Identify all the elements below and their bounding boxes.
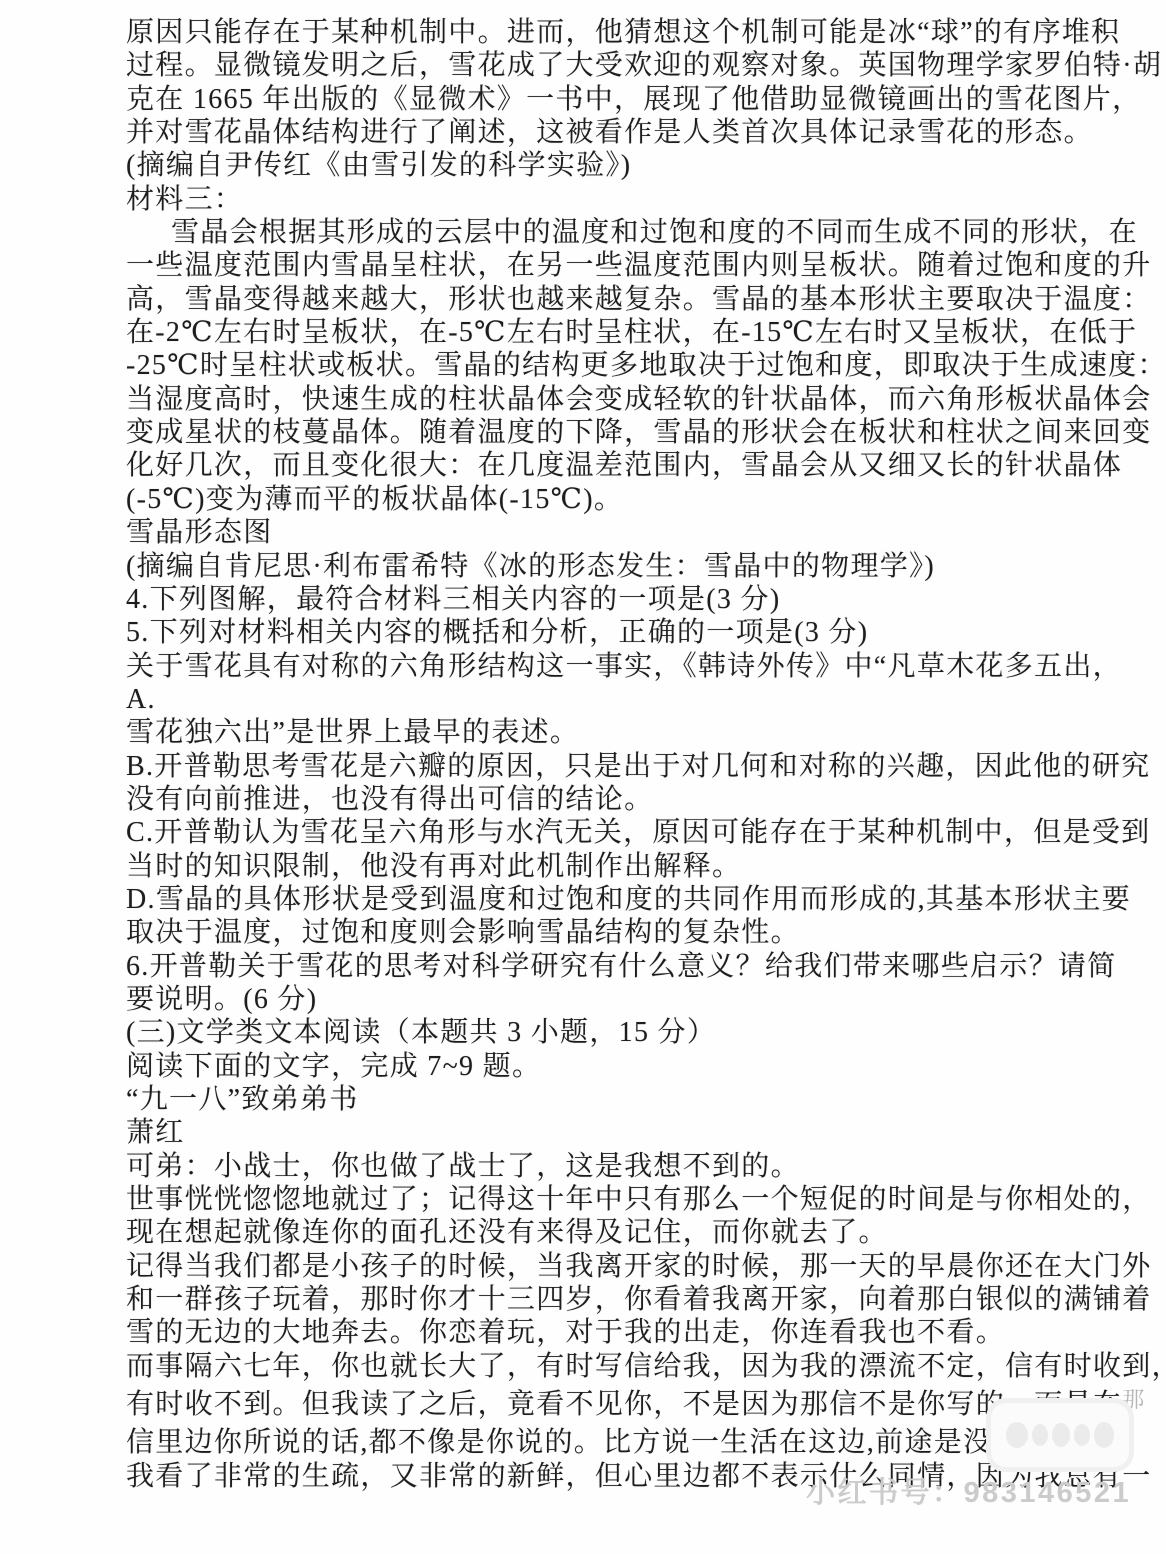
- text-line: “九一八”致弟弟书: [126, 1083, 1066, 1116]
- text-line: 高，雪晶变得越来越大，形状也越来越复杂。雪晶的基本形状主要取决于温度：: [126, 283, 1066, 316]
- text-line: 现在想起就像连你的面孔还没有来得及记住，而你就去了。: [126, 1216, 1066, 1249]
- text-line: 没有向前推进，也没有得出可信的结论。: [126, 783, 1066, 816]
- text-line-content: 关于雪花具有对称的六角形结构这一事实，《韩诗外传》中“凡草木花多五出，: [126, 651, 1122, 682]
- text-line-content: 要说明。(6 分): [126, 984, 317, 1015]
- text-line: (三)文学类文本阅读（本题共 3 小题，15 分）: [126, 1016, 1066, 1049]
- text-line-content: 世事恍恍惚惚地就过了；记得这十年中只有那么一个短促的时间是与你相处的，: [126, 1184, 1152, 1215]
- text-line-content: “九一八”致弟弟书: [126, 1084, 359, 1115]
- text-line: 变成星状的枝蔓晶体。随着温度的下降，雪晶的形状会在板状和柱状之间来回变: [126, 416, 1066, 449]
- text-line-content: (-5℃)变为薄而平的板状晶体(-15℃)。: [126, 484, 623, 515]
- text-line: 并对雪花晶体结构进行了阐述，这被看作是人类首次具体记录雪花的形态。: [126, 116, 1066, 149]
- text-line: 雪花独六出”是世界上最早的表述。: [126, 716, 1066, 749]
- xiaohongshu-id-watermark: 小红书号：983146521: [806, 1470, 1131, 1511]
- text-line: 原因只能存在于某种机制中。进而，他猜想这个机制可能是冰“球”的有序堆积: [126, 16, 1066, 49]
- text-line-content: 记得当我们都是小孩子的时候，当我离开家的时候，那一天的早晨你还在大门外: [126, 1251, 1152, 1282]
- text-line: (-5℃)变为薄而平的板状晶体(-15℃)。: [126, 483, 1066, 516]
- text-line: 材料三：: [126, 183, 1066, 216]
- text-line-content: 原因只能存在于某种机制中。进而，他猜想这个机制可能是冰“球”的有序堆积: [126, 17, 1120, 48]
- text-line: 有时收不到。但我读了之后，竟看不见你，不是因为那信不是你写的，而是在那: [126, 1383, 1066, 1421]
- text-line: (摘编自尹传红《由雪引发的科学实验》): [126, 149, 1066, 182]
- text-line-content: (摘编自尹传红《由雪引发的科学实验》): [126, 150, 631, 181]
- text-line-content: 5.下列对材料相关内容的概括和分析，正确的一项是(3 分): [126, 617, 868, 648]
- text-line: 雪晶形态图: [126, 516, 1066, 549]
- text-line: 取决于温度，过饱和度则会影响雪晶结构的复杂性。: [126, 916, 1066, 949]
- text-line-content: 和一群孩子玩着，那时你才十三四岁，你看着我离开家，向着那白银似的满铺着: [126, 1284, 1152, 1315]
- text-line: 6.开普勒关于雪花的思考对科学研究有什么意义？给我们带来哪些启示？请简: [126, 950, 1066, 983]
- text-line: 要说明。(6 分): [126, 983, 1066, 1016]
- text-line-content: 材料三：: [126, 184, 243, 215]
- text-line: 和一群孩子玩着，那时你才十三四岁，你看着我离开家，向着那白银似的满铺着: [126, 1283, 1066, 1316]
- text-line: -25℃时呈柱状或板状。雪晶的结构更多地取决于过饱和度，即取决于生成速度：: [126, 349, 1066, 382]
- stamp-blob: [1006, 1422, 1028, 1448]
- text-line: 记得当我们都是小孩子的时候，当我离开家的时候，那一天的早晨你还在大门外: [126, 1250, 1066, 1283]
- text-line-content: 可弟：小战士，你也做了战士了，这是我想不到的。: [126, 1151, 800, 1182]
- text-line-content: (三)文学类文本阅读（本题共 3 小题，15 分）: [126, 1017, 716, 1048]
- text-line-content: 没有向前推进，也没有得出可信的结论。: [126, 784, 653, 815]
- text-line-content: 克在 1665 年出版的《显微术》一书中，展现了他借助显微镜画出的雪花图片，: [126, 84, 1141, 115]
- stamp-blob: [1074, 1424, 1090, 1446]
- document-body: 原因只能存在于某种机制中。进而，他猜想这个机制可能是冰“球”的有序堆积过程。显微…: [126, 16, 1066, 1493]
- text-line-content: 6.开普勒关于雪花的思考对科学研究有什么意义？给我们带来哪些启示？请简: [126, 951, 1117, 982]
- text-line: C.开普勒认为雪花呈六角形与水汽无关，原因可能存在于某种机制中，但是受到: [126, 816, 1066, 849]
- text-line-content: 取决于温度，过饱和度则会影响雪晶结构的复杂性。: [126, 917, 800, 948]
- text-line: 萧红: [126, 1116, 1066, 1149]
- text-line-content: 过程。显微镜发明之后，雪花成了大受欢迎的观察对象。英国物理学家罗伯特·胡: [126, 50, 1162, 81]
- text-line: 当时的知识限制，他没有再对此机制作出解释。: [126, 850, 1066, 883]
- faint-stamp-watermark: [986, 1398, 1134, 1472]
- text-line: 雪晶会根据其形成的云层中的温度和过饱和度的不同而生成不同的形状，在: [126, 216, 1066, 249]
- text-line: 化好几次，而且变化很大：在几度温差范围内，雪晶会从又细又长的针状晶体: [126, 449, 1066, 482]
- text-line: D.雪晶的具体形状是受到温度和过饱和度的共同作用而形成的,其基本形状主要: [126, 883, 1066, 916]
- text-line: B.开普勒思考雪花是六瓣的原因，只是出于对几何和对称的兴趣，因此他的研究: [126, 750, 1066, 783]
- text-line: 阅读下面的文字，完成 7~9 题。: [126, 1050, 1066, 1083]
- text-line-content: 变成星状的枝蔓晶体。随着温度的下降，雪晶的形状会在板状和柱状之间来回变: [126, 417, 1152, 448]
- text-line-content: 高，雪晶变得越来越大，形状也越来越复杂。雪晶的基本形状主要取决于温度：: [126, 284, 1152, 315]
- text-line: 可弟：小战士，你也做了战士了，这是我想不到的。: [126, 1150, 1066, 1183]
- text-line: (摘编自肯尼思·利布雷希特《冰的形态发生：雪晶中的物理学》): [126, 550, 1066, 583]
- text-line-content: 雪的无边的大地奔去。你恋着玩，对于我的出走，你连看我也不看。: [126, 1317, 1005, 1348]
- text-line-content: 当时的知识限制，他没有再对此机制作出解释。: [126, 851, 741, 882]
- text-line-content: 信里边你所说的话,都不像是你说的。比方说一生活在这边,前途是没有希望的: [126, 1427, 1110, 1458]
- scanned-exam-page: 原因只能存在于某种机制中。进而，他猜想这个机制可能是冰“球”的有序堆积过程。显微…: [0, 0, 1166, 1554]
- stamp-blob: [1032, 1424, 1048, 1446]
- text-line-content: 有时收不到。但我读了之后，竟看不见你，不是因为那信不是你写的，而是在: [126, 1389, 1122, 1420]
- text-line: 当湿度高时，快速生成的柱状晶体会变成轻软的针状晶体，而六角形板状晶体会: [126, 383, 1066, 416]
- text-line-content: 当湿度高时，快速生成的柱状晶体会变成轻软的针状晶体，而六角形板状晶体会: [126, 384, 1152, 415]
- text-line-content: 雪花独六出”是世界上最早的表述。: [126, 717, 579, 748]
- text-line: 克在 1665 年出版的《显微术》一书中，展现了他借助显微镜画出的雪花图片，: [126, 83, 1066, 116]
- text-line-content: -25℃时呈柱状或板状。雪晶的结构更多地取决于过饱和度，即取决于生成速度：: [126, 350, 1166, 381]
- stamp-blob: [1052, 1423, 1070, 1447]
- text-line: 而事隔六七年，你也就长大了，有时写信给我，因为我的漂流不定，信有时收到，: [126, 1350, 1066, 1383]
- text-line: A.: [126, 683, 1066, 716]
- text-line-content: 在-2℃左右时呈板状，在-5℃左右时呈柱状，在-15℃左右时又呈板状，在低于: [126, 317, 1137, 348]
- text-line: 关于雪花具有对称的六角形结构这一事实，《韩诗外传》中“凡草木花多五出，: [126, 650, 1066, 683]
- text-line-content: 阅读下面的文字，完成 7~9 题。: [126, 1051, 541, 1082]
- stamp-blob: [1094, 1422, 1114, 1448]
- text-line-content: 一些温度范围内雪晶呈柱状，在另一些温度范围内则呈板状。随着过饱和度的升: [126, 250, 1152, 281]
- text-line: 在-2℃左右时呈板状，在-5℃左右时呈柱状，在-15℃左右时又呈板状，在低于: [126, 316, 1066, 349]
- text-line: 4.下列图解，最符合材料三相关内容的一项是(3 分): [126, 583, 1066, 616]
- text-line: 世事恍恍惚惚地就过了；记得这十年中只有那么一个短促的时间是与你相处的，: [126, 1183, 1066, 1216]
- text-line-content: 萧红: [126, 1117, 185, 1148]
- text-line: 雪的无边的大地奔去。你恋着玩，对于我的出走，你连看我也不看。: [126, 1316, 1066, 1349]
- text-line-content: 雪晶会根据其形成的云层中的温度和过饱和度的不同而生成不同的形状，在: [171, 217, 1138, 248]
- text-line: 5.下列对材料相关内容的概括和分析，正确的一项是(3 分): [126, 616, 1066, 649]
- text-line-content: 4.下列图解，最符合材料三相关内容的一项是(3 分): [126, 584, 780, 615]
- text-line-content: C.开普勒认为雪花呈六角形与水汽无关，原因可能存在于某种机制中，但是受到: [126, 817, 1150, 848]
- text-line-content: 而事隔六七年，你也就长大了，有时写信给我，因为我的漂流不定，信有时收到，: [126, 1351, 1166, 1382]
- text-line: 一些温度范围内雪晶呈柱状，在另一些温度范围内则呈板状。随着过饱和度的升: [126, 249, 1066, 282]
- text-line-content: 现在想起就像连你的面孔还没有来得及记住，而你就去了。: [126, 1217, 888, 1248]
- text-line-content: A.: [126, 684, 156, 715]
- text-line-content: D.雪晶的具体形状是受到温度和过饱和度的共同作用而形成的,其基本形状主要: [126, 884, 1131, 915]
- text-line-content: 并对雪花晶体结构进行了阐述，这被看作是人类首次具体记录雪花的形态。: [126, 117, 1093, 148]
- text-line-content: (摘编自肯尼思·利布雷希特《冰的形态发生：雪晶中的物理学》): [126, 551, 935, 582]
- text-line-content: 雪晶形态图: [126, 517, 273, 548]
- text-line-content: 化好几次，而且变化很大：在几度温差范围内，雪晶会从又细又长的针状晶体: [126, 450, 1122, 481]
- text-line-content: B.开普勒思考雪花是六瓣的原因，只是出于对几何和对称的兴趣，因此他的研究: [126, 751, 1150, 782]
- text-line: 信里边你所说的话,都不像是你说的。比方说一生活在这边,前途是没有希望的‥: [126, 1421, 1066, 1459]
- text-line: 过程。显微镜发明之后，雪花成了大受欢迎的观察对象。英国物理学家罗伯特·胡: [126, 49, 1066, 82]
